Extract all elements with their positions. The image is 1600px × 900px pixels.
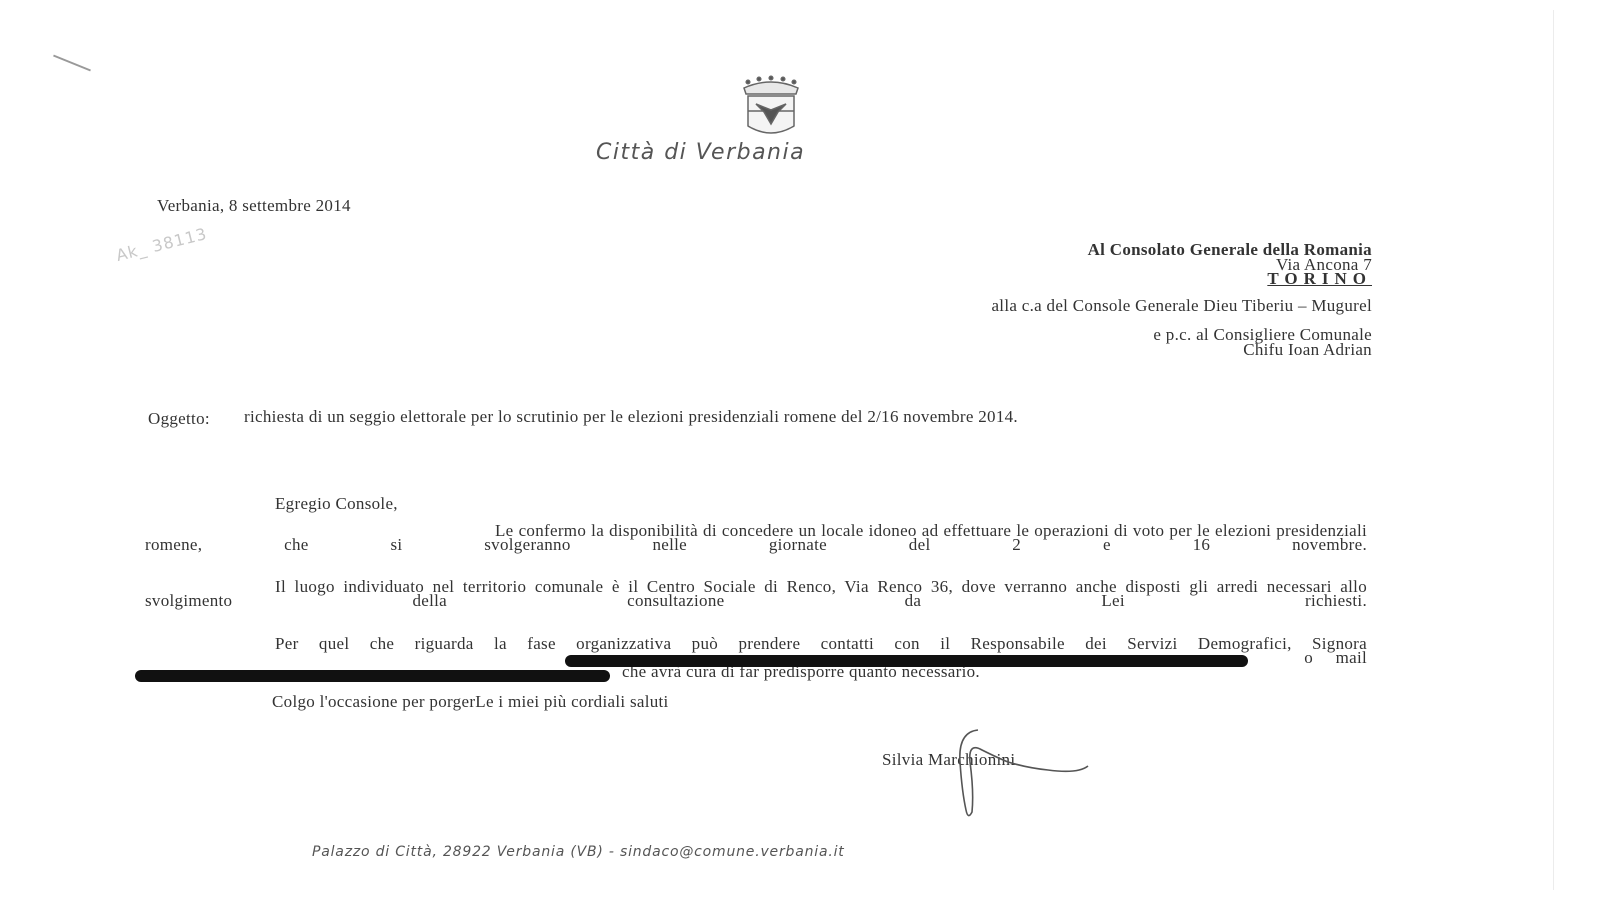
- paragraph-3-part1: Per quel che riguarda la fase organizzat…: [275, 634, 1367, 653]
- body-paragraph-2: Il luogo individuato nel territorio comu…: [145, 580, 1367, 608]
- paragraph-3-part2: o mail: [1304, 648, 1367, 667]
- recipient-city: TORINO: [1267, 269, 1372, 289]
- body-paragraph-1: Le confermo la disponibilità di conceder…: [145, 524, 1367, 552]
- cc-line-2: Chifu Ioan Adrian: [1243, 340, 1372, 360]
- coat-of-arms-icon: [726, 74, 816, 142]
- subject-text: richiesta di un seggio elettorale per lo…: [244, 409, 1329, 424]
- date-line: Verbania, 8 settembre 2014: [157, 196, 351, 216]
- signature-scribble: [938, 722, 1098, 822]
- redaction-bar: [565, 655, 1248, 667]
- page-edge-line: [1553, 10, 1554, 890]
- closing-line: Colgo l'occasione per porgerLe i miei pi…: [272, 692, 669, 712]
- city-name-heading: Città di Verbania: [596, 140, 805, 165]
- footer-address: Palazzo di Città, 28922 Verbania (VB) - …: [312, 844, 845, 860]
- paragraph-1-text: Le confermo la disponibilità di conceder…: [145, 521, 1367, 554]
- subject-label: Oggetto:: [148, 409, 210, 429]
- paragraph-2-text: Il luogo individuato nel territorio comu…: [145, 577, 1367, 610]
- redaction-bar: [135, 670, 610, 682]
- handwritten-protocol-stamp: Ak_ 38113: [114, 224, 209, 265]
- attention-line: alla c.a del Console Generale Dieu Tiber…: [991, 296, 1372, 316]
- scan-mark: [53, 55, 91, 72]
- greeting: Egregio Console,: [275, 494, 398, 514]
